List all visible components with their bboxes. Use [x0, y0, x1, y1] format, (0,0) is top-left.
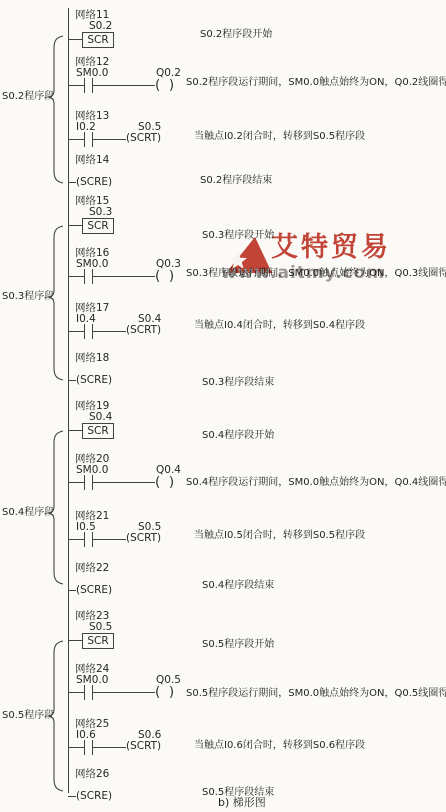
wire — [93, 85, 155, 86]
coil-symbol: ( ) — [155, 77, 174, 93]
figure-caption: b) 梯形图 — [218, 797, 266, 809]
wire — [68, 380, 76, 381]
wire — [68, 747, 84, 748]
wire — [68, 225, 82, 226]
section-brace — [48, 226, 64, 380]
wire — [68, 539, 84, 540]
wire — [68, 796, 76, 797]
wire — [93, 331, 126, 332]
annotation: S0.2程序段运行期间，SM0.0触点始终为ON，Q0.2线圈得电 — [186, 76, 446, 89]
scr-box: SCR — [82, 218, 114, 234]
watermark-brand: 艾特贸易 — [271, 233, 391, 263]
wire — [68, 430, 82, 431]
annotation: S0.5程序段开始 — [202, 638, 274, 651]
annotation: S0.4程序段开始 — [202, 429, 274, 442]
scr-address-label: S0.3 — [89, 207, 112, 218]
annotation: 当触点I0.6闭合时，转移到S0.6程序段 — [194, 739, 365, 752]
wire — [68, 139, 84, 140]
annotation: S0.3程序段运行期间，SM0.0触点始终为ON，Q0.3线圈得电 — [186, 267, 446, 280]
annotation: S0.4程序段结束 — [202, 579, 274, 592]
network-label: 网络26 — [75, 768, 109, 780]
scr-box: SCR — [82, 633, 114, 649]
annotation: 当触点I0.5闭合时，转移到S0.5程序段 — [194, 529, 365, 542]
network-label: 网络22 — [75, 562, 109, 574]
scr-box: SCR — [82, 32, 114, 48]
annotation: 当触点I0.4闭合时，转移到S0.4程序段 — [194, 319, 365, 332]
wire — [68, 482, 84, 483]
wire — [93, 692, 155, 693]
scre-instruction: (SCRE) — [76, 584, 112, 597]
annotation: S0.5程序段运行期间，SM0.0触点始终为ON，Q0.5线圈得电 — [186, 687, 446, 700]
ladder-diagram-page: 网络11 S0.2 SCR 网络12 SM0.0 Q0.2 ( ) 网络13 I… — [0, 0, 446, 812]
wire — [68, 276, 84, 277]
scre-instruction: (SCRE) — [76, 374, 112, 387]
wire — [68, 692, 84, 693]
wire — [93, 139, 126, 140]
scr-box: SCR — [82, 423, 114, 439]
contact-symbol — [84, 269, 86, 284]
annotation: S0.3程序段开始 — [202, 229, 274, 242]
wire — [68, 39, 82, 40]
scrt-instruction: (SCRT) — [126, 532, 161, 545]
scrt-instruction: (SCRT) — [126, 740, 161, 753]
scr-address-label: S0.2 — [89, 21, 112, 32]
coil-symbol: ( ) — [155, 684, 174, 700]
scrt-instruction: (SCRT) — [126, 132, 161, 145]
contact-symbol — [84, 475, 86, 490]
scre-instruction: (SCRE) — [76, 790, 112, 803]
network-label: 网络14 — [75, 154, 109, 166]
coil-symbol: ( ) — [155, 474, 174, 490]
contact-symbol — [84, 324, 86, 339]
annotation: S0.2程序段结束 — [200, 174, 272, 187]
contact-symbol — [84, 132, 86, 147]
section-label: S0.2程序段 — [2, 91, 47, 103]
scrt-instruction: (SCRT) — [126, 324, 161, 337]
contact-symbol — [84, 740, 86, 755]
wire — [68, 85, 84, 86]
wire — [93, 539, 126, 540]
section-brace — [48, 36, 64, 183]
wire — [68, 590, 76, 591]
section-label: S0.5程序段 — [2, 710, 47, 722]
annotation: 当触点I0.2闭合时，转移到S0.5程序段 — [194, 130, 365, 143]
scr-address-label: S0.5 — [89, 622, 112, 633]
scr-address-label: S0.4 — [89, 412, 112, 423]
power-rail — [68, 8, 69, 793]
wire — [93, 276, 155, 277]
coil-symbol: ( ) — [155, 268, 174, 284]
wire — [93, 482, 155, 483]
section-label: S0.4程序段 — [2, 507, 47, 519]
wire — [68, 640, 82, 641]
section-label: S0.3程序段 — [2, 291, 47, 303]
wire — [93, 747, 126, 748]
wire — [68, 182, 76, 183]
annotation: S0.2程序段开始 — [200, 28, 272, 41]
wire — [68, 331, 84, 332]
contact-symbol — [84, 685, 86, 700]
contact-symbol — [84, 532, 86, 547]
contact-symbol — [84, 78, 86, 93]
annotation: S0.3程序段结束 — [202, 376, 274, 389]
annotation: S0.4程序段运行期间，SM0.0触点始终为ON，Q0.4线圈得电 — [186, 476, 446, 489]
network-label: 网络18 — [75, 352, 109, 364]
scre-instruction: (SCRE) — [76, 176, 112, 189]
